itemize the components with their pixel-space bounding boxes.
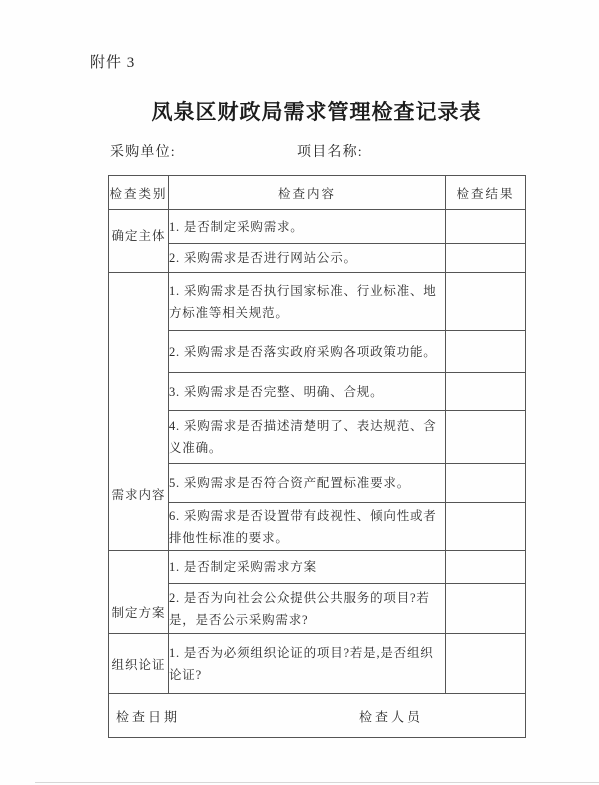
check-item: 6. 采购需求是否设置带有歧视性、倾向性或者排他性标准的要求。	[169, 503, 446, 551]
check-item: 3. 采购需求是否完整、明确、合规。	[169, 373, 446, 411]
table-row: 4. 采购需求是否描述清楚明了、表达规范、含义准确。	[109, 411, 526, 464]
table-row: 5. 采购需求是否符合资产配置标准要求。	[109, 464, 526, 503]
table-row: 需求内容 1. 采购需求是否执行国家标准、行业标准、地方标准等相关规范。	[109, 273, 526, 331]
result-cell	[446, 584, 526, 634]
result-cell	[446, 244, 526, 273]
check-item: 2. 采购需求是否进行网站公示。	[169, 244, 446, 273]
result-cell	[446, 411, 526, 464]
table-row: 2. 是否为向社会公众提供公共服务的项目?若是，是否公示采购需求?	[109, 584, 526, 634]
check-item: 1. 是否制定采购需求。	[169, 210, 446, 244]
category-label: 组织论证	[111, 655, 165, 673]
result-cell	[446, 331, 526, 373]
category-cell-plan: 制定方案	[109, 551, 169, 634]
check-item: 1. 是否为必须组织论证的项目?若是,是否组织论证?	[169, 634, 446, 694]
category-cell-subject: 确定主体	[109, 210, 169, 273]
attachment-label: 附件 3	[90, 51, 135, 72]
inspection-date-label: 检查日期	[116, 706, 180, 725]
result-cell	[446, 373, 526, 411]
table-header-row: 检查类别 检查内容 检查结果	[109, 176, 526, 210]
table-row: 制定方案 1. 是否制定采购需求方案	[109, 551, 526, 584]
header-check-content: 检查内容	[169, 176, 446, 210]
table-footer-row: 检查日期 检查人员	[109, 694, 526, 738]
result-cell	[446, 464, 526, 503]
result-cell	[446, 210, 526, 244]
scan-edge-line	[35, 782, 599, 783]
meta-row: 采购单位: 项目名称:	[110, 141, 527, 159]
check-item: 2. 是否为向社会公众提供公共服务的项目?若是，是否公示采购需求?	[169, 584, 446, 634]
result-cell	[446, 551, 526, 584]
purchaser-label: 采购单位:	[110, 145, 176, 160]
page-title: 凤泉区财政局需求管理检查记录表	[108, 96, 525, 126]
category-label: 制定方案	[111, 603, 165, 621]
category-cell-argumentation: 组织论证	[109, 634, 169, 694]
project-label: 项目名称:	[297, 141, 363, 161]
result-cell	[446, 634, 526, 694]
header-check-result: 检查结果	[446, 176, 526, 210]
table-row: 组织论证 1. 是否为必须组织论证的项目?若是,是否组织论证?	[109, 634, 526, 694]
result-cell	[446, 273, 526, 331]
category-cell-demand-content: 需求内容	[109, 273, 169, 551]
category-label: 确定主体	[111, 226, 165, 244]
result-cell	[446, 503, 526, 551]
inspection-table: 检查类别 检查内容 检查结果 确定主体 1. 是否制定采购需求。 2. 采购需求…	[108, 175, 526, 738]
table-row: 3. 采购需求是否完整、明确、合规。	[109, 373, 526, 411]
table-row: 确定主体 1. 是否制定采购需求。	[109, 210, 526, 244]
check-item: 1. 采购需求是否执行国家标准、行业标准、地方标准等相关规范。	[169, 273, 446, 331]
check-item: 1. 是否制定采购需求方案	[169, 551, 446, 584]
document-page: 附件 3 凤泉区财政局需求管理检查记录表 采购单位: 项目名称: 检查类别 检查…	[0, 0, 599, 785]
table-row: 2. 采购需求是否落实政府采购各项政策功能。	[109, 331, 526, 373]
footer-cell: 检查日期 检查人员	[109, 694, 526, 738]
category-label: 需求内容	[111, 485, 165, 503]
check-item: 4. 采购需求是否描述清楚明了、表达规范、含义准确。	[169, 411, 446, 464]
table-row: 2. 采购需求是否进行网站公示。	[109, 244, 526, 273]
inspector-label: 检查人员	[359, 706, 423, 725]
header-check-category: 检查类别	[109, 176, 169, 210]
check-item: 5. 采购需求是否符合资产配置标准要求。	[169, 464, 446, 503]
check-item: 2. 采购需求是否落实政府采购各项政策功能。	[169, 331, 446, 373]
table-row: 6. 采购需求是否设置带有歧视性、倾向性或者排他性标准的要求。	[109, 503, 526, 551]
